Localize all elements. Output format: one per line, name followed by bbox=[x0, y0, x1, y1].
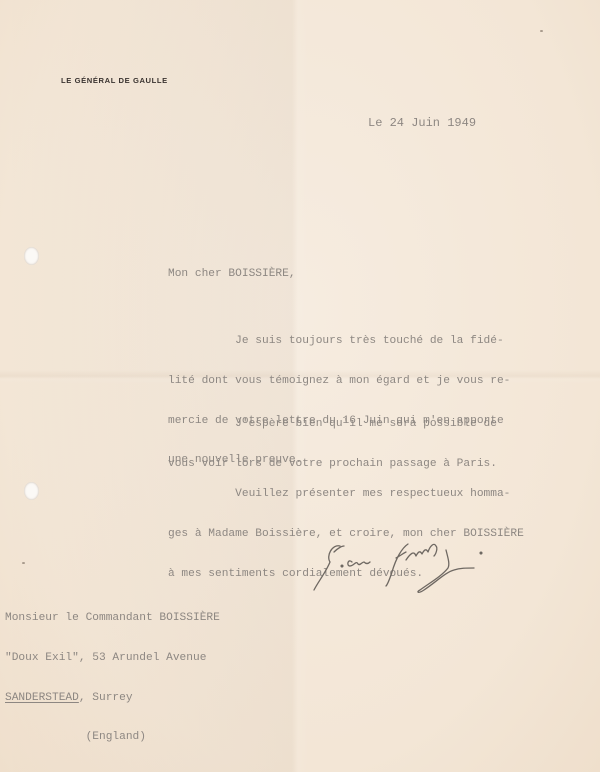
address-town: SANDERSTEAD bbox=[5, 692, 79, 704]
address-line-3: SANDERSTEAD, Surrey bbox=[5, 692, 220, 705]
letter-date: Le 24 Juin 1949 bbox=[368, 117, 476, 130]
paragraph-line: Veuillez présenter mes respectueux homma… bbox=[168, 488, 524, 501]
punch-hole-bottom bbox=[24, 482, 39, 500]
address-line-1: Monsieur le Commandant BOISSIÈRE bbox=[5, 612, 220, 625]
recipient-address: Monsieur le Commandant BOISSIÈRE "Doux E… bbox=[5, 586, 220, 758]
address-line-4: (England) bbox=[5, 731, 220, 744]
salutation: Mon cher BOISSIÈRE, bbox=[168, 268, 296, 281]
paragraph-line: Je suis toujours très touché de la fidé- bbox=[168, 335, 510, 348]
punch-hole-top bbox=[24, 247, 39, 265]
paragraph-line: lité dont vous témoignez à mon égard et … bbox=[168, 375, 510, 388]
letterhead: LE GÉNÉRAL DE GAULLE bbox=[61, 76, 168, 85]
paper-speck bbox=[540, 30, 543, 32]
handwritten-signature bbox=[296, 528, 496, 598]
address-line-2: "Doux Exil", 53 Arundel Avenue bbox=[5, 652, 220, 665]
paper-speck bbox=[22, 562, 25, 564]
paragraph-line: J'espère bien qu'il me sera possible de bbox=[168, 418, 497, 431]
address-county: , Surrey bbox=[79, 692, 133, 704]
